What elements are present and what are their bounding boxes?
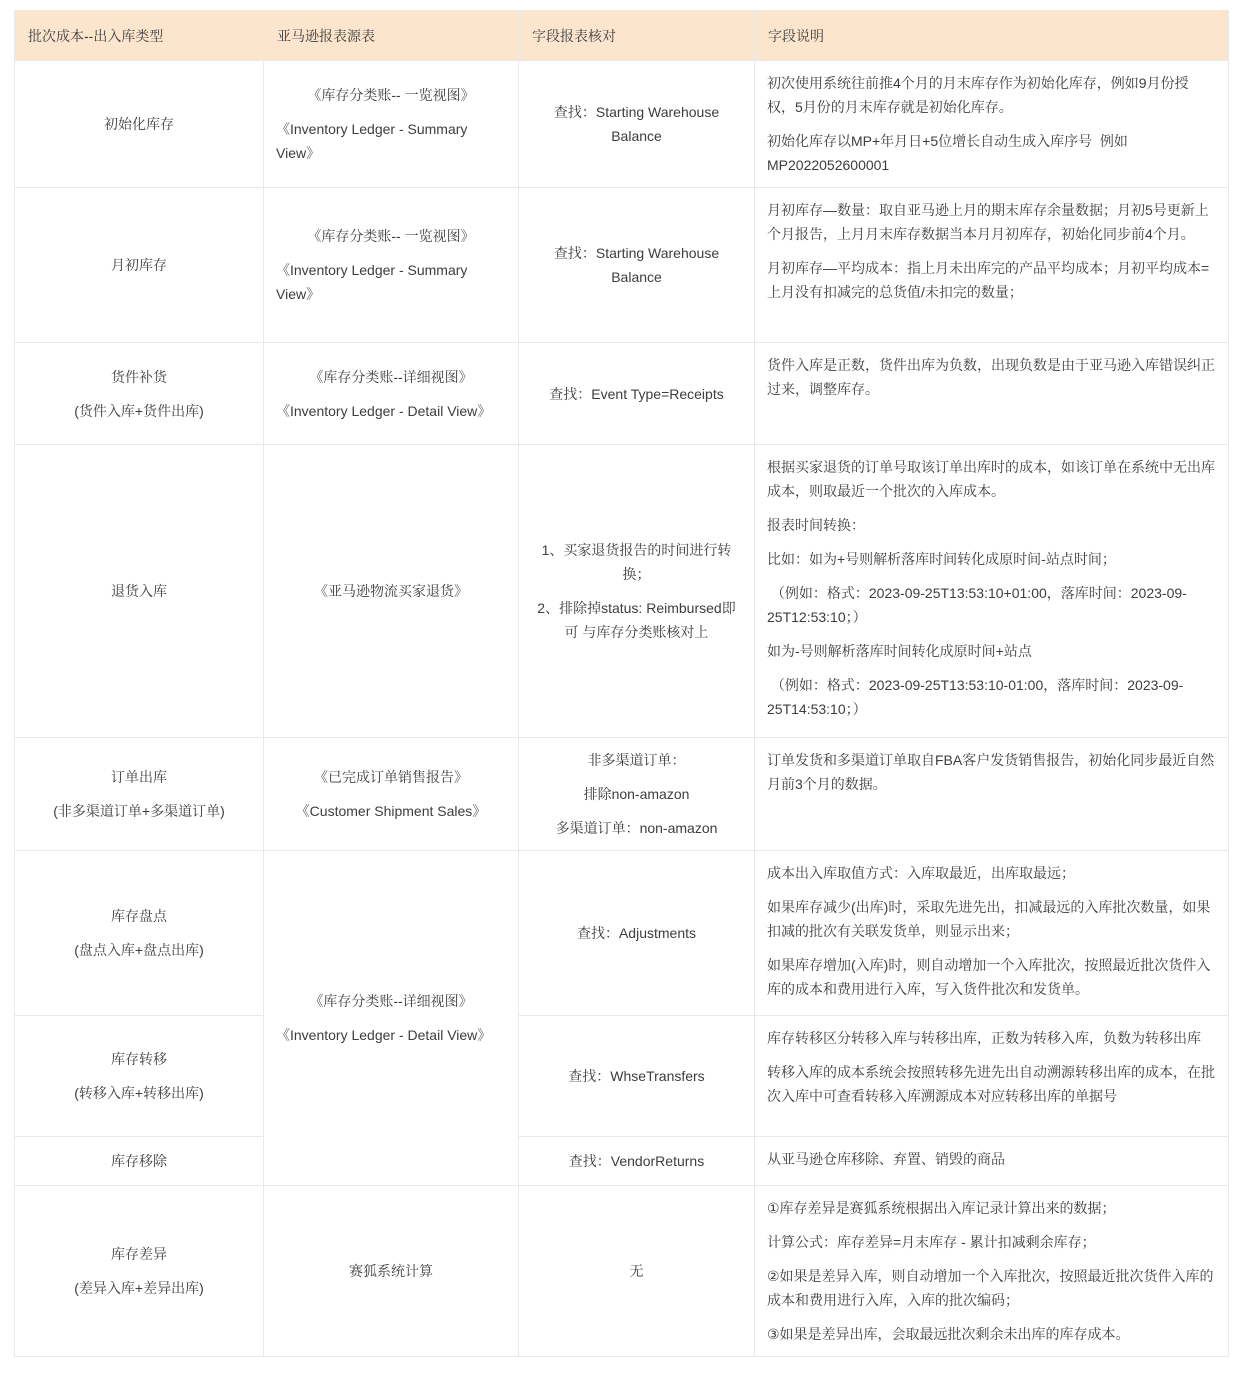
cell-check: 1、买家退货报告的时间进行转换； 2、排除掉status: Reimbursed… — [519, 445, 755, 738]
paragraph: (差异入库+差异出库) — [27, 1276, 251, 1300]
paragraph: 根据买家退货的订单号取该订单出库时的成本，如该订单在系统中无出库成本，则取最近一… — [767, 455, 1216, 503]
cell-type: 月初库存 — [15, 188, 264, 343]
cell-check: 查找：Adjustments — [519, 851, 755, 1016]
cell-desc: 货件入库是正数，货件出库为负数，出现负数是由于亚马逊入库错误纠正过来，调整库存。 — [755, 343, 1229, 445]
cell-type: 库存移除 — [15, 1137, 264, 1186]
paragraph: 多渠道订单：non-amazon — [531, 816, 742, 840]
paragraph: (盘点入库+盘点出库) — [27, 938, 251, 962]
paragraph: 初始化库存以MP+年月日+5位增长自动生成入库序号 例如MP2022052600… — [767, 129, 1216, 177]
paragraph: 库存盘点 — [27, 904, 251, 928]
cell-desc: 根据买家退货的订单号取该订单出库时的成本，如该订单在系统中无出库成本，则取最近一… — [755, 445, 1229, 738]
cell-desc: 从亚马逊仓库移除、弃置、销毁的商品 — [755, 1137, 1229, 1186]
cell-check: 查找：VendorReturns — [519, 1137, 755, 1186]
paragraph: 《库存分类账-- 一览视图》 — [276, 224, 506, 248]
paragraph: 《已完成订单销售报告》 — [276, 765, 506, 789]
column-header-type: 批次成本--出入库类型 — [15, 11, 264, 61]
paragraph: (货件入库+货件出库) — [27, 399, 251, 423]
paragraph: 《Inventory Ledger - Summary View》 — [276, 258, 506, 306]
paragraph: 《库存分类账--详细视图》 — [276, 365, 506, 389]
paragraph: 计算公式：库存差异=月末库存 - 累计扣减剩余库存； — [767, 1230, 1216, 1254]
table-row: 初始化库存 《库存分类账-- 一览视图》 《Inventory Ledger -… — [15, 61, 1229, 188]
cell-type: 货件补货 (货件入库+货件出库) — [15, 343, 264, 445]
paragraph: 查找：VendorReturns — [531, 1149, 742, 1173]
cell-desc: 月初库存—数量：取自亚马逊上月的期末库存余量数据；月初5号更新上个月报告，上月月… — [755, 188, 1229, 343]
cell-type: 库存转移 (转移入库+转移出库) — [15, 1016, 264, 1137]
cell-source: 《库存分类账-- 一览视图》 《Inventory Ledger - Summa… — [264, 61, 519, 188]
paragraph: 月初库存—平均成本：指上月未出库完的产品平均成本；月初平均成本=上月没有扣减完的… — [767, 256, 1216, 304]
paragraph: 初始化库存 — [27, 112, 251, 136]
cell-check: 查找：Starting Warehouse Balance — [519, 188, 755, 343]
column-header-source: 亚马逊报表源表 — [264, 11, 519, 61]
cell-source: 赛狐系统计算 — [264, 1186, 519, 1357]
inventory-type-table: 批次成本--出入库类型 亚马逊报表源表 字段报表核对 字段说明 初始化库存 《库… — [14, 10, 1229, 1357]
paragraph: 《Customer Shipment Sales》 — [276, 799, 506, 823]
paragraph: 货件入库是正数，货件出库为负数，出现负数是由于亚马逊入库错误纠正过来，调整库存。 — [767, 353, 1216, 401]
paragraph: 《Inventory Ledger - Detail View》 — [276, 399, 506, 423]
cell-type: 退货入库 — [15, 445, 264, 738]
table-row: 库存转移 (转移入库+转移出库) 查找：WhseTransfers 库存转移区分… — [15, 1016, 1229, 1137]
paragraph: 无 — [531, 1259, 742, 1283]
paragraph: 《Inventory Ledger - Summary View》 — [276, 117, 506, 165]
paragraph: 订单发货和多渠道订单取自FBA客户发货销售报告，初始化同步最近自然月前3个月的数… — [767, 748, 1216, 796]
table-row: 库存差异 (差异入库+差异出库) 赛狐系统计算 无 ①库存差异是赛狐系统根据出入… — [15, 1186, 1229, 1357]
cell-source: 《已完成订单销售报告》 《Customer Shipment Sales》 — [264, 738, 519, 851]
paragraph: 初次使用系统往前推4个月的月末库存作为初始化库存，例如9月份授权，5月份的月末库… — [767, 71, 1216, 119]
paragraph: 货件补货 — [27, 365, 251, 389]
paragraph: 《亚马逊物流买家退货》 — [276, 579, 506, 603]
paragraph: 非多渠道订单： — [531, 748, 742, 772]
cell-source-merged: 《库存分类账--详细视图》 《Inventory Ledger - Detail… — [264, 851, 519, 1186]
cell-desc: 订单发货和多渠道订单取自FBA客户发货销售报告，初始化同步最近自然月前3个月的数… — [755, 738, 1229, 851]
cell-source: 《亚马逊物流买家退货》 — [264, 445, 519, 738]
paragraph: ③如果是差异出库，会取最远批次剩余未出库的库存成本。 — [767, 1322, 1216, 1346]
cell-type: 订单出库 (非多渠道订单+多渠道订单) — [15, 738, 264, 851]
cell-check: 无 — [519, 1186, 755, 1357]
paragraph: 月初库存 — [27, 253, 251, 277]
paragraph: 查找：Adjustments — [531, 921, 742, 945]
paragraph: 查找：Starting Warehouse Balance — [531, 241, 742, 289]
table-row: 订单出库 (非多渠道订单+多渠道订单) 《已完成订单销售报告》 《Custome… — [15, 738, 1229, 851]
cell-check: 查找：Event Type=Receipts — [519, 343, 755, 445]
cell-desc: ①库存差异是赛狐系统根据出入库记录计算出来的数据； 计算公式：库存差异=月末库存… — [755, 1186, 1229, 1357]
cell-check: 非多渠道订单： 排除non-amazon 多渠道订单：non-amazon — [519, 738, 755, 851]
table-row: 货件补货 (货件入库+货件出库) 《库存分类账--详细视图》 《Inventor… — [15, 343, 1229, 445]
paragraph: 查找：Starting Warehouse Balance — [531, 100, 742, 148]
paragraph: 《库存分类账-- 一览视图》 — [276, 83, 506, 107]
paragraph: 《库存分类账--详细视图》 — [276, 989, 506, 1013]
paragraph: ②如果是差异入库，则自动增加一个入库批次，按照最近批次货件入库的成本和费用进行入… — [767, 1264, 1216, 1312]
table-row: 库存盘点 (盘点入库+盘点出库) 《库存分类账--详细视图》 《Inventor… — [15, 851, 1229, 1016]
page: 批次成本--出入库类型 亚马逊报表源表 字段报表核对 字段说明 初始化库存 《库… — [0, 0, 1240, 1379]
paragraph: (转移入库+转移出库) — [27, 1081, 251, 1105]
paragraph: 2、排除掉status: Reimbursed即可 与库存分类账核对上 — [531, 596, 742, 644]
paragraph: 1、买家退货报告的时间进行转换； — [531, 538, 742, 586]
cell-source: 《库存分类账-- 一览视图》 《Inventory Ledger - Summa… — [264, 188, 519, 343]
cell-desc: 库存转移区分转移入库与转移出库，正数为转移入库，负数为转移出库 转移入库的成本系… — [755, 1016, 1229, 1137]
table-row: 库存移除 查找：VendorReturns 从亚马逊仓库移除、弃置、销毁的商品 — [15, 1137, 1229, 1186]
paragraph: 订单出库 — [27, 765, 251, 789]
paragraph: ①库存差异是赛狐系统根据出入库记录计算出来的数据； — [767, 1196, 1216, 1220]
paragraph: （例如：格式：2023-09-25T13:53:10+01:00，落库时间：20… — [767, 581, 1216, 629]
column-header-check: 字段报表核对 — [519, 11, 755, 61]
paragraph: (非多渠道订单+多渠道订单) — [27, 799, 251, 823]
cell-check: 查找：Starting Warehouse Balance — [519, 61, 755, 188]
paragraph: 《Inventory Ledger - Detail View》 — [276, 1023, 506, 1047]
paragraph: 退货入库 — [27, 579, 251, 603]
paragraph: 排除non-amazon — [531, 782, 742, 806]
paragraph: 库存转移区分转移入库与转移出库，正数为转移入库，负数为转移出库 — [767, 1026, 1216, 1050]
column-header-desc: 字段说明 — [755, 11, 1229, 61]
paragraph: 查找：Event Type=Receipts — [531, 382, 742, 406]
paragraph: 如果库存减少(出库)时，采取先进先出，扣减最远的入库批次数量，如果扣减的批次有关… — [767, 895, 1216, 943]
paragraph: 查找：WhseTransfers — [531, 1064, 742, 1088]
paragraph: 如果库存增加(入库)时，则自动增加一个入库批次，按照最近批次货件入库的成本和费用… — [767, 953, 1216, 1001]
paragraph: 报表时间转换： — [767, 513, 1216, 537]
cell-source: 《库存分类账--详细视图》 《Inventory Ledger - Detail… — [264, 343, 519, 445]
paragraph: 比如：如为+号则解析落库时间转化成原时间-站点时间； — [767, 547, 1216, 571]
table-row: 月初库存 《库存分类账-- 一览视图》 《Inventory Ledger - … — [15, 188, 1229, 343]
cell-desc: 初次使用系统往前推4个月的月末库存作为初始化库存，例如9月份授权，5月份的月末库… — [755, 61, 1229, 188]
paragraph: 成本出入库取值方式：入库取最近，出库取最远； — [767, 861, 1216, 885]
paragraph: 库存差异 — [27, 1242, 251, 1266]
cell-check: 查找：WhseTransfers — [519, 1016, 755, 1137]
paragraph: 月初库存—数量：取自亚马逊上月的期末库存余量数据；月初5号更新上个月报告，上月月… — [767, 198, 1216, 246]
cell-type: 库存差异 (差异入库+差异出库) — [15, 1186, 264, 1357]
cell-type: 初始化库存 — [15, 61, 264, 188]
paragraph: （例如：格式：2023-09-25T13:53:10-01:00，落库时间：20… — [767, 673, 1216, 721]
paragraph: 转移入库的成本系统会按照转移先进先出自动溯源转移出库的成本，在批次入库中可查看转… — [767, 1060, 1216, 1108]
paragraph: 从亚马逊仓库移除、弃置、销毁的商品 — [767, 1147, 1216, 1171]
paragraph: 如为-号则解析落库时间转化成原时间+站点 — [767, 639, 1216, 663]
paragraph: 赛狐系统计算 — [276, 1259, 506, 1283]
paragraph: 库存转移 — [27, 1047, 251, 1071]
cell-type: 库存盘点 (盘点入库+盘点出库) — [15, 851, 264, 1016]
cell-desc: 成本出入库取值方式：入库取最近，出库取最远； 如果库存减少(出库)时，采取先进先… — [755, 851, 1229, 1016]
paragraph: 库存移除 — [27, 1149, 251, 1173]
table-header-row: 批次成本--出入库类型 亚马逊报表源表 字段报表核对 字段说明 — [15, 11, 1229, 61]
table-row: 退货入库 《亚马逊物流买家退货》 1、买家退货报告的时间进行转换； 2、排除掉s… — [15, 445, 1229, 738]
